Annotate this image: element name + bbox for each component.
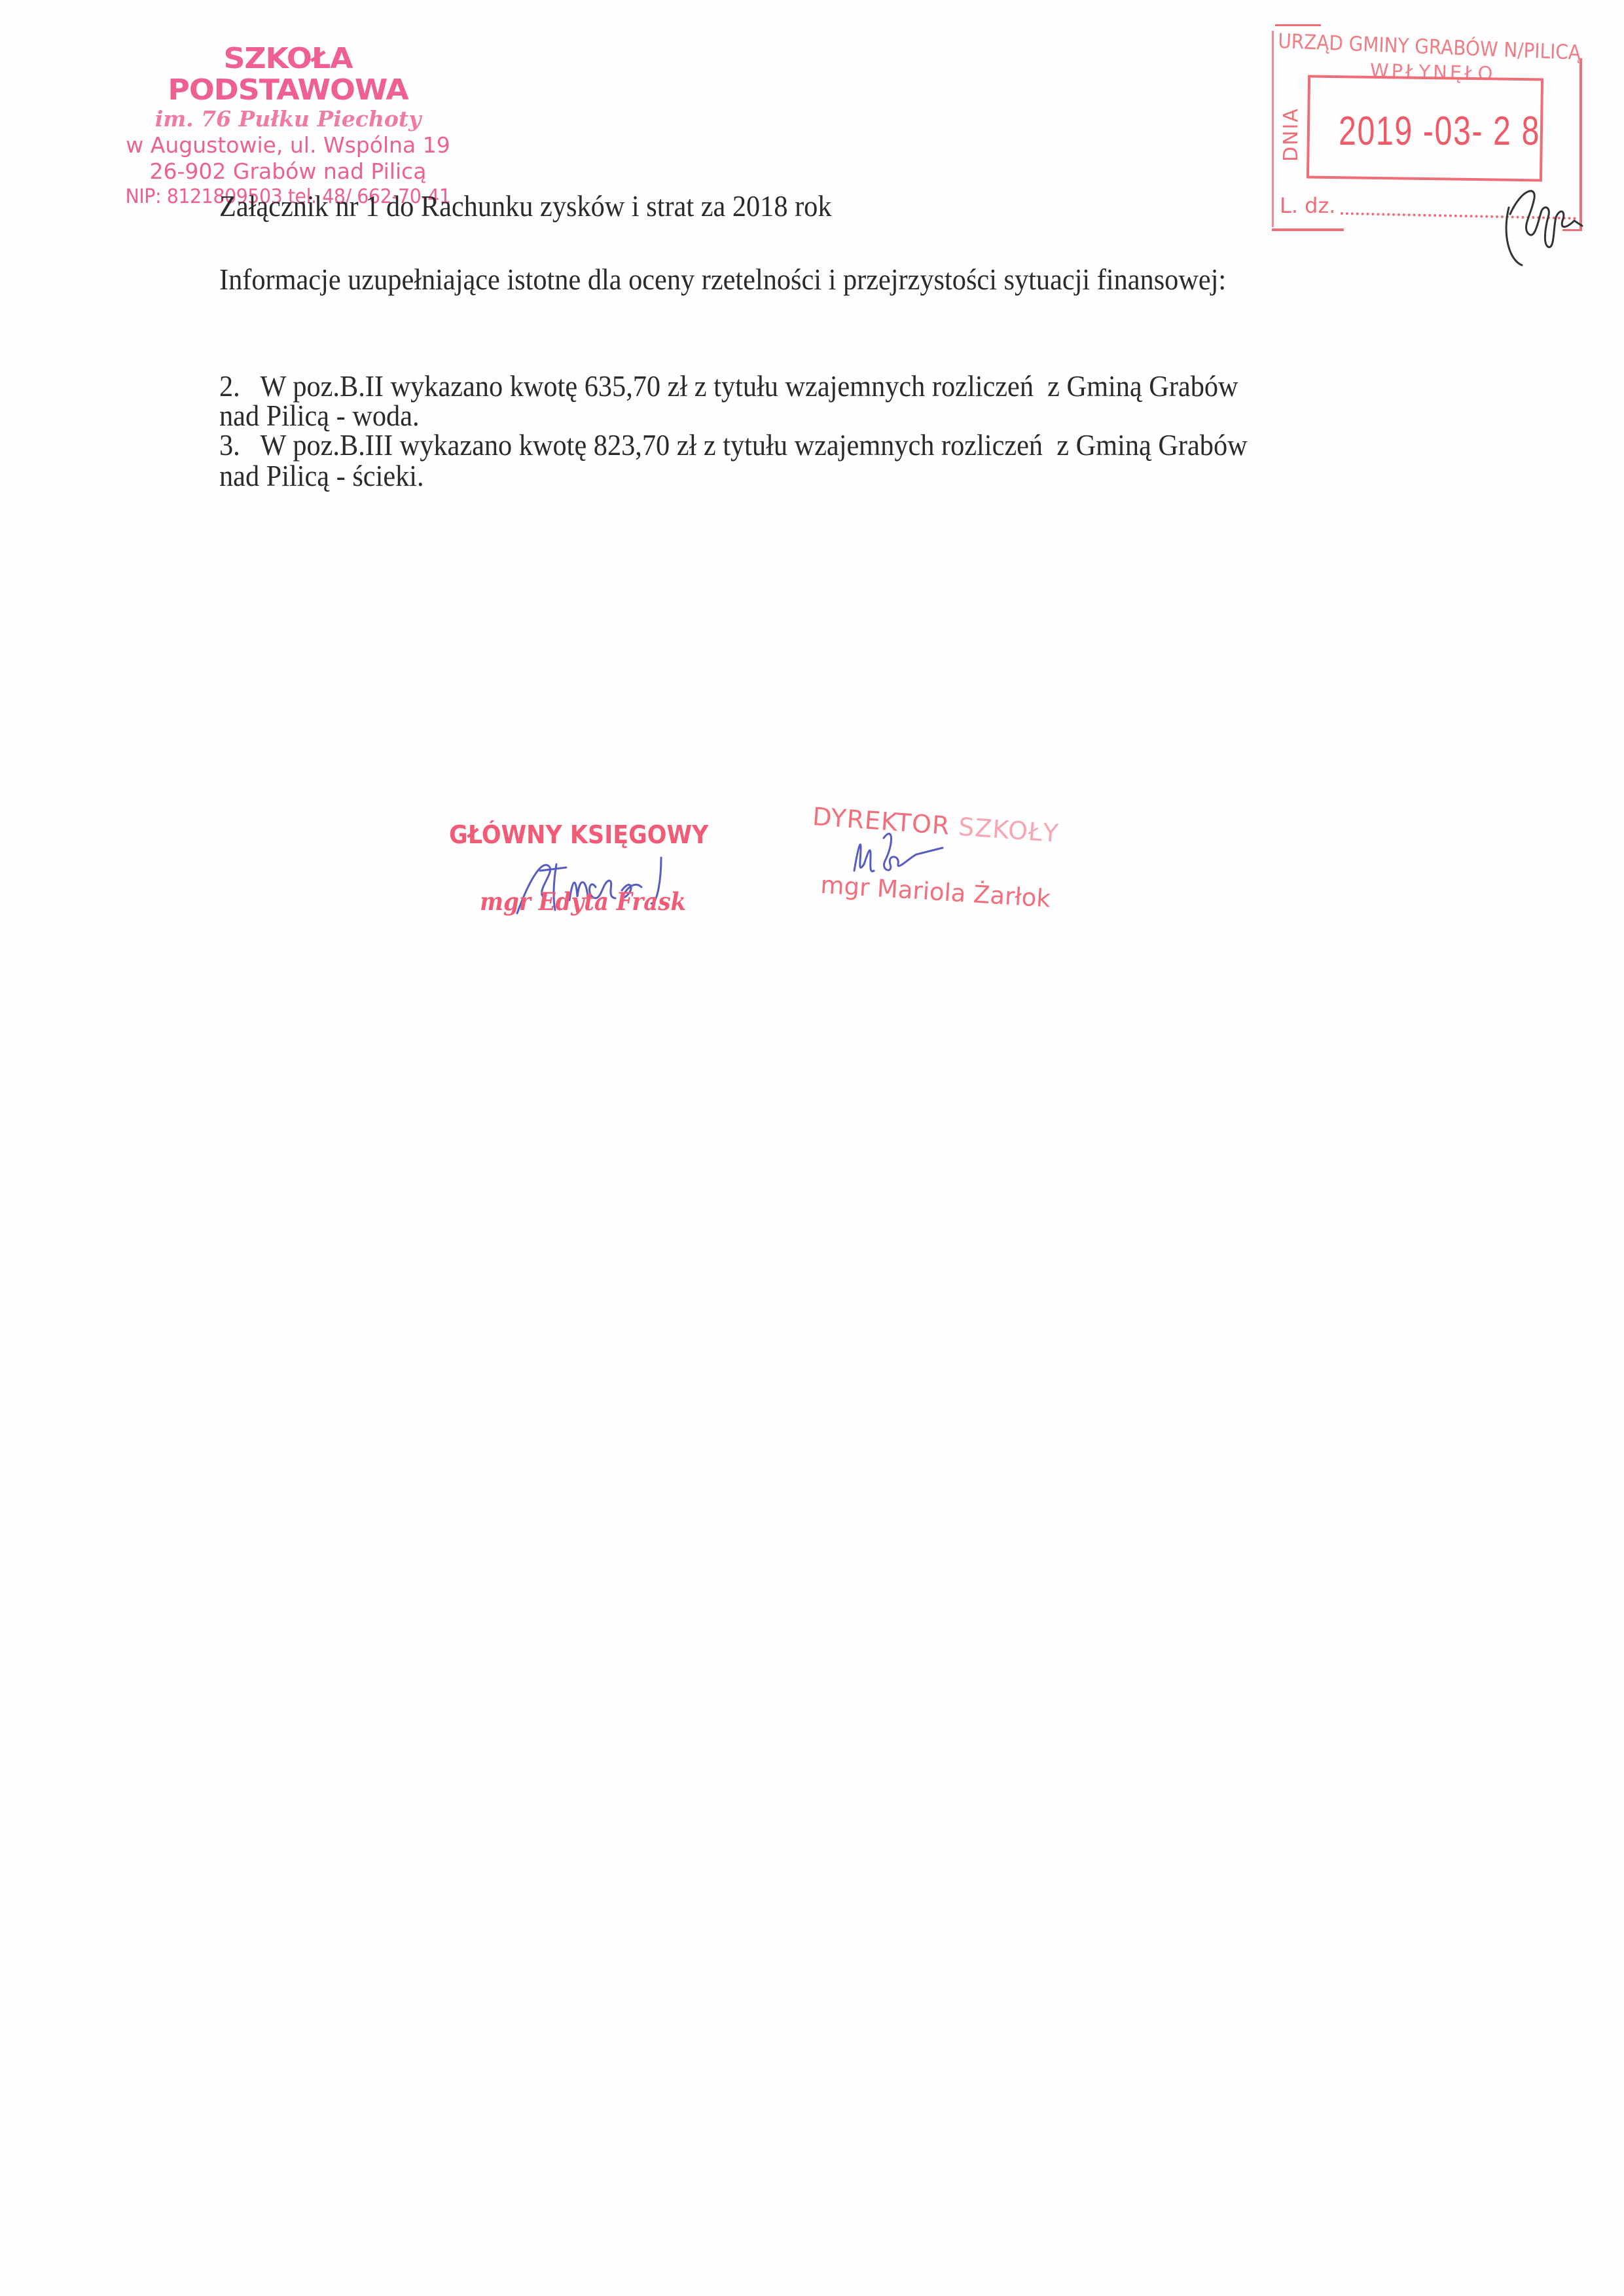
director-role-faded: SZKOŁY [949,812,1060,848]
school-city: 26-902 Grabów nad Pilicą [108,158,468,185]
school-stamp: SZKOŁA PODSTAWOWA im. 76 Pułku Piechoty … [108,43,468,210]
stamp-register-label: L. dz. [1280,193,1335,218]
school-patron: im. 76 Pułku Piechoty [108,106,468,132]
stamp-date-label: DNIA [1280,107,1303,162]
list-item-continuation: nad Pilicą - ścieki. [219,461,424,491]
list-item-number: 2. [219,371,261,401]
school-address: w Augustowie, ul. Wspólna 19 [108,132,468,158]
stamp-border [1275,24,1321,26]
handwritten-initials-icon [1502,181,1584,266]
accountant-role: GŁÓWNY KSIĘGOWY [449,820,708,849]
document-title: Załącznik nr 1 do Rachunku zysków i stra… [219,191,831,221]
stamp-date: 2019 -03- 2 8 [1339,108,1540,155]
list-item-number: 3. [219,430,261,460]
school-name: SZKOŁA PODSTAWOWA [101,43,475,106]
list-item-text: W poz.B.III wykazano kwotę 823,70 zł z t… [261,428,1248,462]
document-page: SZKOŁA PODSTAWOWA im. 76 Pułku Piechoty … [0,0,1624,2296]
stamp-border [1272,228,1344,231]
accountant-name: mgr Edyta Frask [480,887,686,916]
list-item: 3.W poz.B.III wykazano kwotę 823,70 zł z… [219,430,1248,460]
list-item: 2.W poz.B.II wykazano kwotę 635,70 zł z … [219,371,1238,401]
received-stamp: URZĄD GMINY GRABÓW N/PILICĄ WPŁYNĘŁO DNI… [1272,24,1582,231]
list-item-continuation: nad Pilicą - woda. [219,401,420,431]
stamp-border [1272,31,1274,227]
stamp-office: URZĄD GMINY GRABÓW N/PILICĄ [1278,29,1581,65]
document-intro: Informacje uzupełniające istotne dla oce… [219,264,1226,295]
list-item-text: W poz.B.II wykazano kwotę 635,70 zł z ty… [261,369,1238,403]
